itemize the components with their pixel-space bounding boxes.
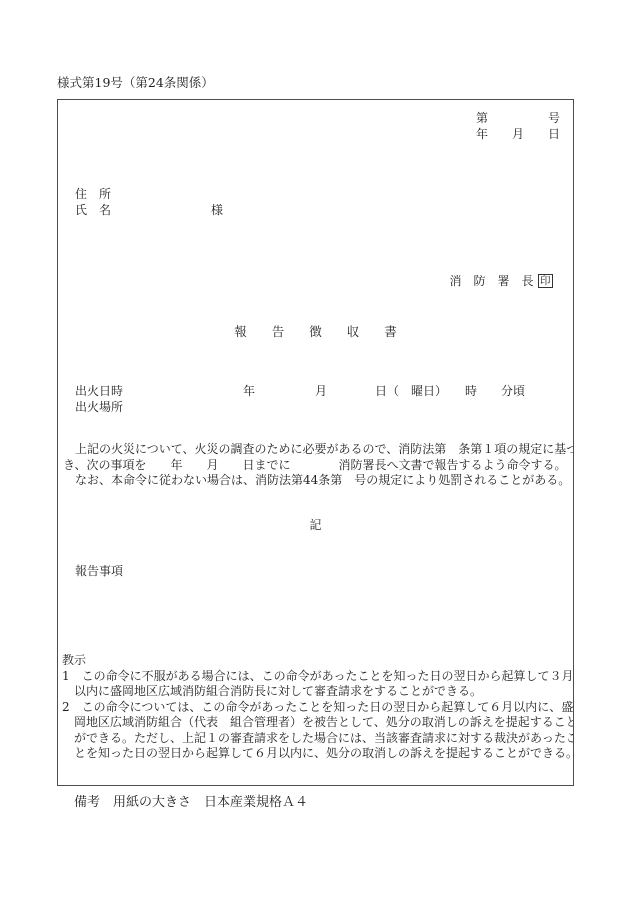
form-number-label: 様式第19号（第24条関係） [57,75,214,90]
recipient-block: 住 所 氏 名様 [75,187,223,218]
instruction-item-2: 2 この命令については、この命令があったことを知った日の翌日から起算して６月以内… [62,700,574,762]
ki-heading: 記 [58,518,573,533]
doc-date-line: 年 月 日 [476,126,560,142]
instructions-block: 教示 1 この命令に不服がある場合には、この命令があったことを知った日の翌日から… [62,653,574,762]
seal-stamp-box: 印 [538,274,554,288]
doc-number-block: 第 号 年 月 日 [476,110,560,142]
document-page: 様式第19号（第24条関係） 第 号 年 月 日 住 所 氏 名様 消 防 署 … [0,0,630,903]
main-border-box: 第 号 年 月 日 住 所 氏 名様 消 防 署 長印 報 告 徴 収 書 出火… [57,99,574,786]
fire-location-label: 出火場所 [75,399,525,415]
fire-chief-title: 消 防 署 長 [449,274,533,288]
order-body-text: 上記の火災について、火災の調査のために必要があるので、消防法第 条第１項の規定に… [63,442,574,489]
fire-info-block: 出火日時 年 月 日（ 曜日） 時 分頃 出火場所 [75,383,525,415]
remarks-note: 備考 用紙の大きさ 日本産業規格Ａ４ [74,795,308,811]
issuer-block: 消 防 署 長印 [427,257,553,305]
recipient-name-label: 氏 名 [75,203,111,217]
instruction-item-1: 1 この命令に不服がある場合には、この命令があったことを知った日の翌日から起算し… [62,669,574,700]
report-items-label: 報告事項 [75,564,123,579]
recipient-name-line: 氏 名様 [75,203,223,219]
fire-datetime-line: 出火日時 年 月 日（ 曜日） 時 分頃 [75,383,525,399]
honorific-label: 様 [211,203,223,217]
recipient-address-label: 住 所 [75,187,223,203]
doc-number-line: 第 号 [476,110,560,126]
document-title: 報 告 徴 収 書 [58,324,573,340]
instructions-heading: 教示 [62,653,574,669]
